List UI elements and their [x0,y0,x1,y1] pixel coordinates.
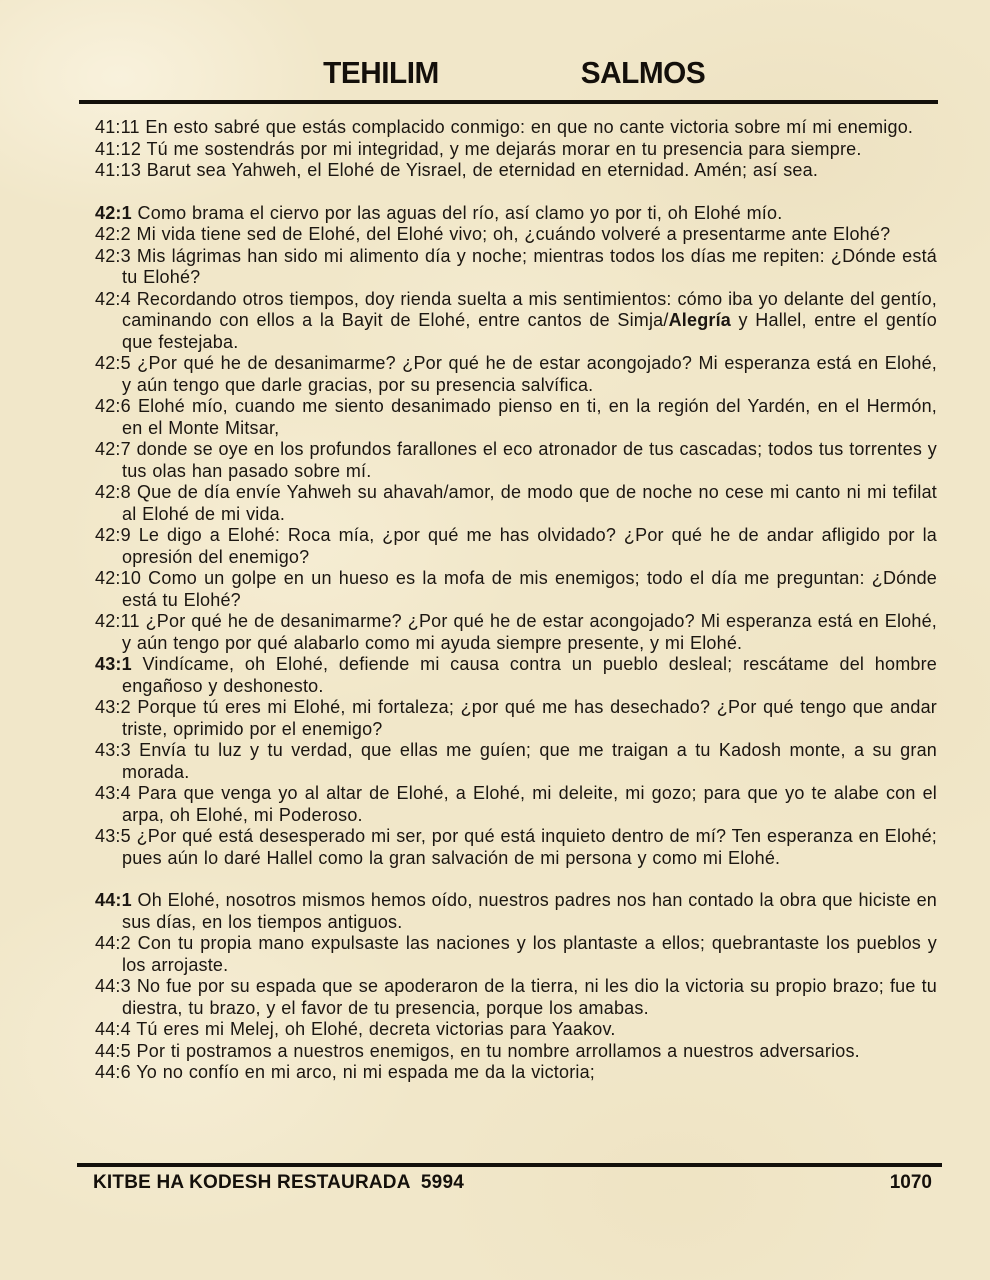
verse-41-12: 41:12 Tú me sostendrás por mi integridad… [95,139,937,161]
verse-text: En esto sabré que estás complacido conmi… [145,117,913,137]
verse-number: 44:4 [95,1019,131,1039]
verse-number: 42:3 [95,246,131,266]
verse-number: 44:2 [95,933,131,953]
verse-43-2: 43:2 Porque tú eres mi Elohé, mi fortale… [95,697,937,740]
verse-number: 42:4 [95,289,131,309]
verse-text: Tú me sostendrás por mi integridad, y me… [146,139,861,159]
verse-text: ¿Por qué he de desanimarme? ¿Por qué he … [122,353,937,395]
verse-number: 42:9 [95,525,131,545]
verse-number: 41:12 [95,139,141,159]
verse-42-5: 42:5 ¿Por qué he de desanimarme? ¿Por qu… [95,353,937,396]
footer-page-number: 1070 [890,1172,932,1194]
verse-number: 42:8 [95,482,131,502]
verse-42-2: 42:2 Mi vida tiene sed de Elohé, del Elo… [95,224,937,246]
verse-text: ¿Por qué he de desanimarme? ¿Por qué he … [122,611,937,653]
verse-number: 43:5 [95,826,131,846]
verse-text-bold: Alegría [669,310,731,330]
verse-number: 42:1 [95,203,132,223]
verse-text: Elohé mío, cuando me siento desanimado p… [122,396,937,438]
verse-text: ¿Por qué está desesperado mi ser, por qu… [122,826,937,868]
verse-text: Oh Elohé, nosotros mismos hemos oído, nu… [122,890,937,932]
verse-42-7: 42:7 donde se oye en los profundos faral… [95,439,937,482]
verse-number: 42:11 [95,611,140,631]
verse-43-3: 43:3 Envía tu luz y tu verdad, que ellas… [95,740,937,783]
verse-text: Tú eres mi Melej, oh Elohé, decreta vict… [136,1019,615,1039]
verse-42-4: 42:4 Recordando otros tiempos, doy riend… [95,289,937,354]
verse-41-11: 41:11 En esto sabré que estás complacido… [95,117,937,139]
verse-text: donde se oye en los profundos farallones… [122,439,937,481]
footer-divider-rule [77,1163,942,1167]
verse-44-6: 44:6 Yo no confío en mi arco, ni mi espa… [95,1062,937,1084]
verse-text: Mis lágrimas han sido mi alimento día y … [122,246,937,288]
verse-42-11: 42:11 ¿Por qué he de desanimarme? ¿Por q… [95,611,937,654]
verse-text: Mi vida tiene sed de Elohé, del Elohé vi… [137,224,891,244]
verse-42-9: 42:9 Le digo a Elohé: Roca mía, ¿por qué… [95,525,937,568]
footer-edition-label: KITBE HA KODESH RESTAURADA 5994 [93,1172,464,1194]
verse-number: 44:5 [95,1041,131,1061]
verse-number: 43:2 [95,697,131,717]
verse-text: Porque tú eres mi Elohé, mi fortaleza; ¿… [122,697,937,739]
verse-number: 44:3 [95,976,131,996]
verse-44-5: 44:5 Por ti postramos a nuestros enemigo… [95,1041,937,1063]
verse-42-1: 42:1 Como brama el ciervo por las aguas … [95,203,937,225]
verse-number: 41:13 [95,160,141,180]
page-title-tehilim: TEHILIM [275,55,486,91]
verse-number: 42:5 [95,353,131,373]
verse-42-10: 42:10 Como un golpe en un hueso es la mo… [95,568,937,611]
verse-text: Envía tu luz y tu verdad, que ellas me g… [122,740,937,782]
verse-text: Le digo a Elohé: Roca mía, ¿por qué me h… [122,525,937,567]
header-divider-rule [79,100,938,104]
verse-number: 43:3 [95,740,131,760]
verse-42-6: 42:6 Elohé mío, cuando me siento desanim… [95,396,937,439]
verse-43-1: 43:1 Vindícame, oh Elohé, defiende mi ca… [95,654,937,697]
document-page: TEHILIM SALMOS 41:11 En esto sabré que e… [0,0,990,1280]
verse-text: Como brama el ciervo por las aguas del r… [138,203,783,223]
verse-text: Yo no confío en mi arco, ni mi espada me… [136,1062,595,1082]
verse-number: 42:10 [95,568,141,588]
verse-42-8: 42:8 Que de día envíe Yahweh su ahavah/a… [95,482,937,525]
verse-number: 42:6 [95,396,131,416]
page-title-salmos: SALMOS [537,55,748,91]
verse-44-3: 44:3 No fue por su espada que se apodera… [95,976,937,1019]
verse-text: Vindícame, oh Elohé, defiende mi causa c… [122,654,937,696]
verse-44-1: 44:1 Oh Elohé, nosotros mismos hemos oíd… [95,890,937,933]
verse-text: Con tu propia mano expulsaste las nacion… [122,933,937,975]
verse-text: Por ti postramos a nuestros enemigos, en… [137,1041,860,1061]
verse-number: 44:6 [95,1062,131,1082]
verse-44-2: 44:2 Con tu propia mano expulsaste las n… [95,933,937,976]
verse-number: 41:11 [95,117,140,137]
verse-text: Que de día envíe Yahweh su ahavah/amor, … [122,482,937,524]
verse-43-4: 43:4 Para que venga yo al altar de Elohé… [95,783,937,826]
verse-body: 41:11 En esto sabré que estás complacido… [95,117,937,1084]
verse-number: 44:1 [95,890,132,910]
verse-number: 43:4 [95,783,131,803]
verse-text: Barut sea Yahweh, el Elohé de Yisrael, d… [147,160,818,180]
verse-text: No fue por su espada que se apoderaron d… [122,976,937,1018]
verse-42-3: 42:3 Mis lágrimas han sido mi alimento d… [95,246,937,289]
verse-44-4: 44:4 Tú eres mi Melej, oh Elohé, decreta… [95,1019,937,1041]
verse-number: 42:2 [95,224,131,244]
verse-number: 42:7 [95,439,131,459]
verse-41-13: 41:13 Barut sea Yahweh, el Elohé de Yisr… [95,160,937,182]
verse-number: 43:1 [95,654,132,674]
verse-text: Para que venga yo al altar de Elohé, a E… [122,783,937,825]
verse-43-5: 43:5 ¿Por qué está desesperado mi ser, p… [95,826,937,869]
verse-text: Como un golpe en un hueso es la mofa de … [122,568,937,610]
